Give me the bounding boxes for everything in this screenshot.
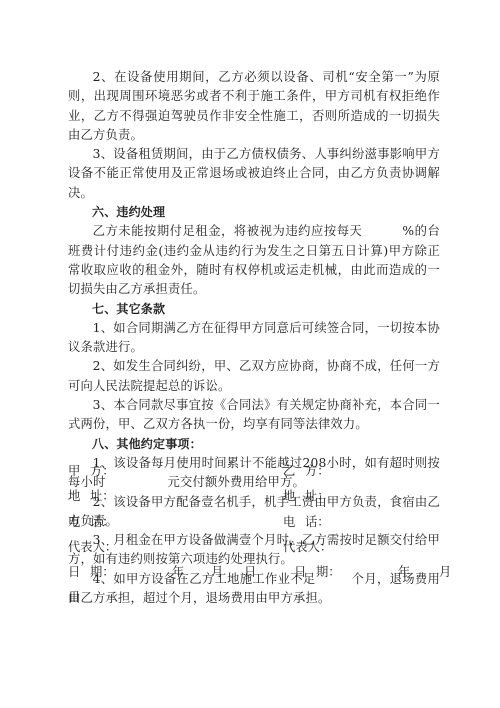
party-a-date-month: 月 (211, 563, 223, 581)
party-b-date-day: 日 (68, 588, 80, 606)
signature-row-date-wrap: 日 (68, 588, 448, 613)
party-b-phone-label: 电话： (283, 513, 330, 531)
party-a-date-day: 日 (244, 563, 256, 581)
party-a-date-year: 年 (172, 563, 184, 581)
section-heading-other-terms: 七、其它条款 (68, 300, 440, 319)
signature-row-representative: 代表人： 代表人： (68, 538, 448, 563)
party-a-phone-label: 电话： (68, 513, 115, 531)
party-b-representative-label: 代表人： (283, 538, 332, 556)
party-b-date-year: 年 (398, 563, 410, 581)
party-b-date-label: 日期： (294, 563, 341, 581)
party-b-label: 乙方： (283, 462, 330, 480)
section-heading-other-agreements: 八、其他约定事项： (68, 435, 440, 454)
signature-row-phone: 电话： 电话： (68, 513, 448, 538)
party-a-date-label: 日期： (68, 563, 115, 581)
signature-row-date: 日期： 年 月 日 日期： 年 月 (68, 563, 448, 588)
party-a-representative-label: 代表人： (68, 538, 117, 556)
party-b-date-month: 月 (439, 563, 451, 581)
clause-5-3: 3、设备租赁期间，由于乙方债权债务、人事纠纷滋事影响甲方设备不能正常使用及正常退… (68, 145, 440, 203)
signature-row-party: 甲方： 乙方： (68, 462, 448, 487)
signature-block: 甲方： 乙方： 地址： 地址： 电话： 电话： 代表人： 代表人： 日期： 年 … (68, 462, 448, 614)
clause-7-3: 3、本合同款尽事宜按《合同法》有关规定协商补充，本合同一式两份，甲、乙双方各执一… (68, 396, 440, 435)
clause-7-1: 1、如合同期满乙方在征得甲方同意后可续签合同，一切按本协议条款进行。 (68, 319, 440, 358)
party-a-label: 甲方： (68, 462, 115, 480)
signature-row-address: 地址： 地址： (68, 487, 448, 512)
party-b-address-label: 地址： (283, 487, 330, 505)
clause-5-2: 2、在设备使用期间，乙方必须以设备、司机“安全第一”为原则，出现周围环境恶劣或者… (68, 68, 440, 145)
section-heading-breach: 六、违约处理 (68, 203, 440, 222)
clause-7-2: 2、如发生合同纠纷，甲、乙双方应协商，协商不成，任何一方可向人民法院提起总的诉讼… (68, 357, 440, 396)
clause-text: 乙方未能按期付足租金，将被视为违约应按每天 (93, 224, 363, 238)
clause-6-breach: 乙方未能按期付足租金，将被视为违约应按每天%的台班费计付违约金(违约金从违约行为… (68, 222, 440, 299)
party-a-address-label: 地址： (68, 487, 115, 505)
